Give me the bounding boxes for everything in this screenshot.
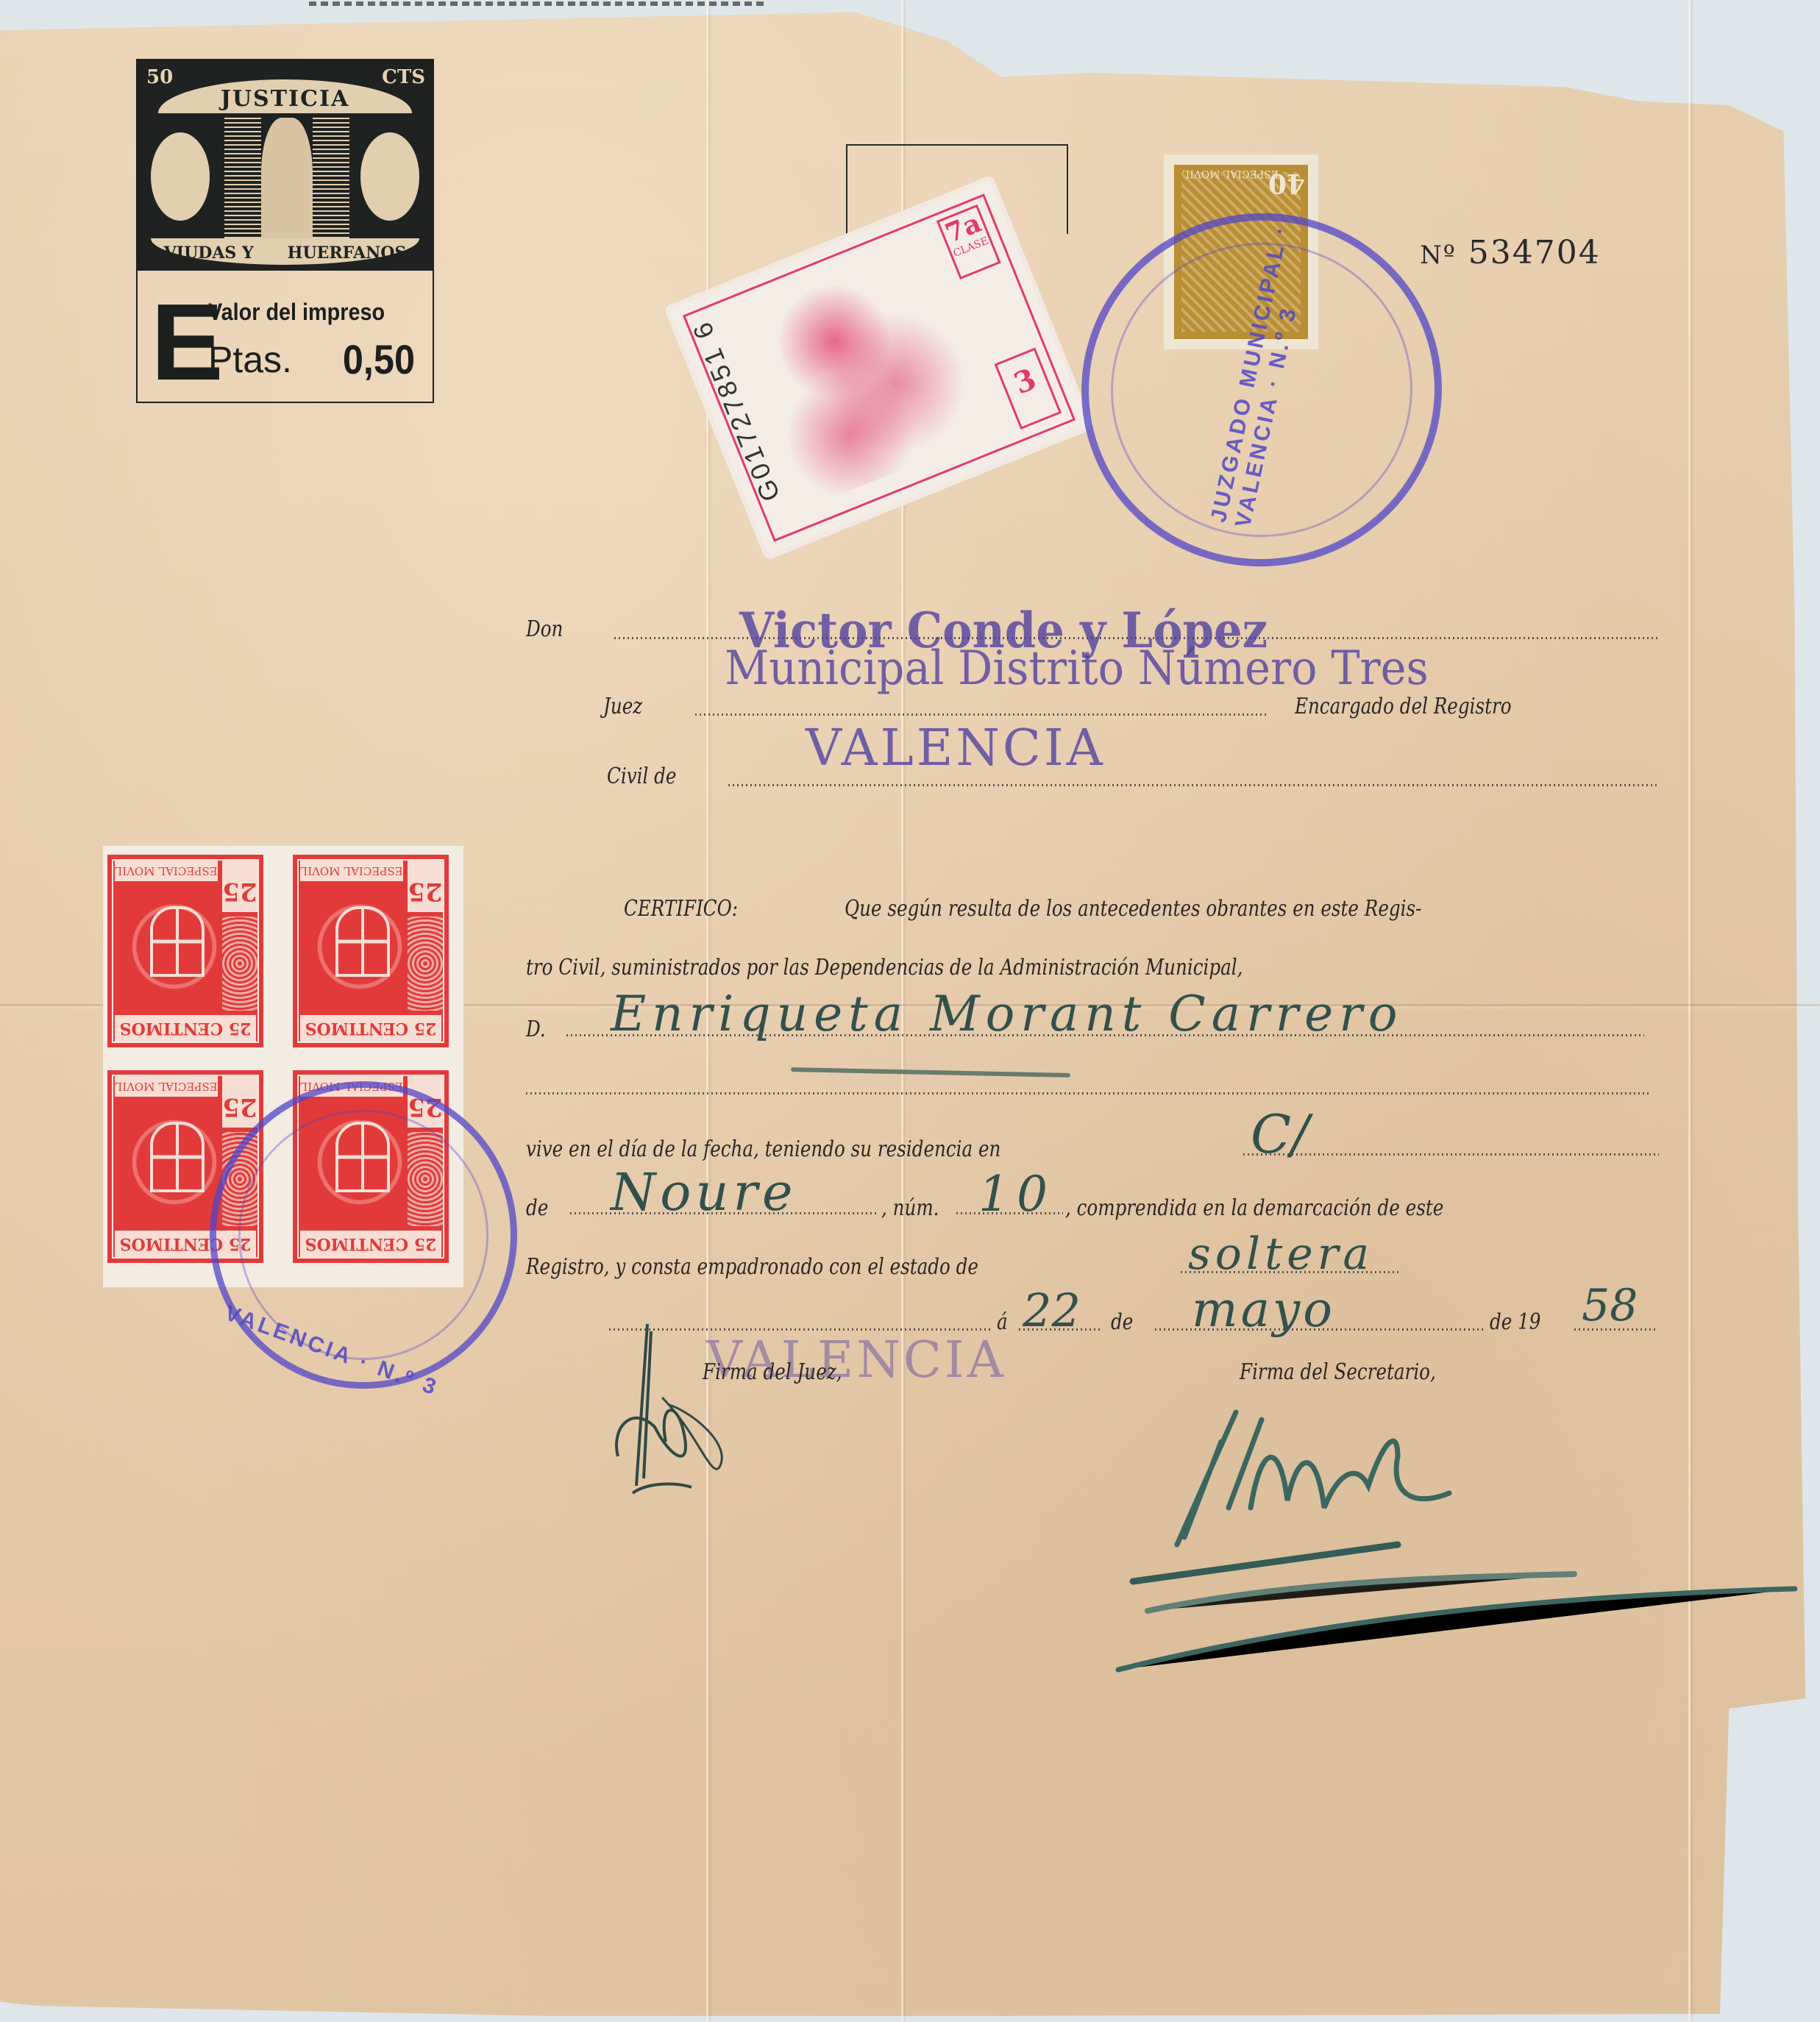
encargado-label: Encargado del Registro bbox=[1295, 694, 1512, 719]
month-handwritten: mayo bbox=[1192, 1281, 1335, 1338]
currency-label: Ptas. bbox=[208, 338, 292, 381]
street-prefix-handwritten: C/ bbox=[1251, 1103, 1309, 1165]
printed-value-box: E Valor del impreso Ptas. 0,50 bbox=[136, 271, 434, 403]
justicia-municipal-stamp: 50 CTS JUSTICIA MUNICIPAL VIUDAS Y HUERF… bbox=[136, 59, 434, 271]
street-name-handwritten: Noure bbox=[611, 1162, 797, 1222]
firma-secretario-label: Firma del Secretario, bbox=[1240, 1359, 1436, 1385]
stamp-label: ESPECIAL MOVIL bbox=[1183, 168, 1279, 179]
perforation-edge bbox=[309, 1, 765, 6]
dotted-line bbox=[526, 1092, 1652, 1094]
de-label: de bbox=[526, 1195, 548, 1221]
dotted-line bbox=[695, 713, 1269, 716]
civil-label: Civil de bbox=[607, 763, 676, 789]
amount: 0,50 bbox=[343, 335, 415, 383]
red-fiscal-stamp: ESPECIAL MOVIL2525 CENTIMOS bbox=[293, 855, 449, 1047]
d-label: D. bbox=[526, 1017, 546, 1042]
serial-number: Nº 534704 bbox=[1420, 234, 1601, 271]
year-prefix: de 19 bbox=[1490, 1309, 1540, 1335]
juez-label: Juez bbox=[603, 694, 642, 719]
city-stamp: VALENCIA bbox=[806, 719, 1106, 777]
justice-figure-icon bbox=[261, 118, 313, 257]
stamp-unit: CTS bbox=[382, 66, 425, 88]
judge-signature bbox=[603, 1317, 824, 1508]
civil-status-handwritten: soltera bbox=[1188, 1228, 1373, 1280]
coat-of-arms-icon bbox=[150, 1122, 205, 1192]
stamp-title: JUSTICIA MUNICIPAL bbox=[158, 79, 412, 113]
stamp-value: 50 bbox=[146, 66, 173, 88]
red-fiscal-stamp: ESPECIAL MOVIL2525 CENTIMOS bbox=[107, 855, 263, 1047]
dotted-line bbox=[728, 784, 1659, 786]
district-stamp: Municipal Distrito Número Tres bbox=[725, 641, 1429, 696]
don-label: Don bbox=[526, 616, 563, 642]
street-number-handwritten: 10 bbox=[978, 1166, 1055, 1222]
registro-text: Registro, y consta empadronado con el es… bbox=[526, 1254, 978, 1280]
coat-of-arms-icon bbox=[150, 906, 205, 977]
coat-of-arms-icon bbox=[151, 132, 210, 221]
coat-of-arms-icon bbox=[335, 906, 390, 977]
num-label: , núm. bbox=[881, 1195, 939, 1221]
year-handwritten: 58 bbox=[1582, 1280, 1638, 1331]
fold-line bbox=[1688, 0, 1691, 2022]
vive-text: vive en el día de la fecha, teniendo su … bbox=[526, 1136, 1000, 1162]
secretary-signature bbox=[1103, 1398, 1810, 1677]
certifico-text: Que según resulta de los antecedentes ob… bbox=[845, 896, 1421, 922]
day-handwritten: 22 bbox=[1023, 1284, 1081, 1337]
value-label: Valor del impreso bbox=[208, 299, 385, 326]
scales-of-justice-icon bbox=[360, 132, 419, 221]
stamp-bottom-ribbon: VIUDAS Y HUERFANOS bbox=[151, 238, 419, 265]
hatching-decoration bbox=[224, 118, 261, 243]
certifico-label: CERTIFICO: bbox=[624, 896, 738, 922]
de-label-date: de bbox=[1111, 1309, 1133, 1335]
person-name-handwritten: Enriqueta Morant Carrero bbox=[611, 986, 1404, 1042]
certifico-line2: tro Civil, suministrados por las Depende… bbox=[526, 955, 1243, 980]
comprendida-text: , comprendida en la demarcación de este bbox=[1065, 1195, 1443, 1221]
hatching-decoration bbox=[313, 118, 349, 243]
